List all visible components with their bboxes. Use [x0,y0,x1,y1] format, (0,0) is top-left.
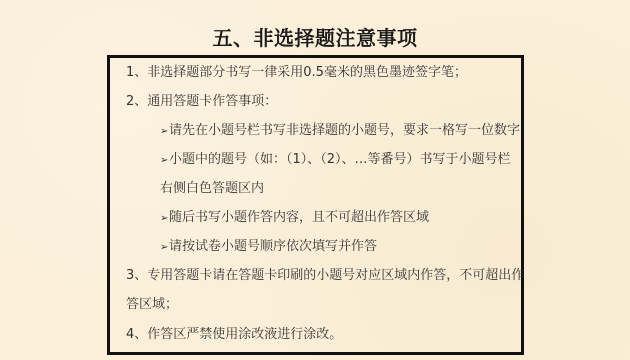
item-3: 3、专用答题卡请在答题卡印刷的小题号对应区域内作答，不可超出作 [126,267,524,285]
item-3-continued: 答区域； [126,296,178,314]
sub-item-2: ➢小题中的题号（如：（1）、（2）、…等番号）书写于小题号栏 [160,151,511,170]
sub-item-4: ➢请按试卷小题号顺序依次填写并作答 [160,238,377,257]
sub-item-text: 小题中的题号（如：（1）、（2）、…等番号）书写于小题号栏 [169,152,511,167]
arrow-bullet-icon: ➢ [160,123,169,141]
sub-item-text: 请按试卷小题号顺序依次填写并作答 [169,239,377,254]
sub-item-3: ➢随后书写小题作答内容，且不可超出作答区域 [160,209,429,228]
arrow-bullet-icon: ➢ [160,210,169,228]
item-4: 4、作答区严禁使用涂改液进行涂改。 [126,326,342,344]
item-1: 1、非选择题部分书写一律采用0.5毫米的黑色墨迹签字笔； [126,64,467,82]
item-2: 2、通用答题卡作答事项： [126,93,277,111]
sub-item-1: ➢请先在小题号栏书写非选择题的小题号，要求一格写一位数字 [160,122,520,141]
page-title: 五、非选择题注意事项 [0,24,630,52]
sub-item-2-continued: 右侧白色答题区内 [160,180,264,198]
arrow-bullet-icon: ➢ [160,152,169,170]
sub-item-text: 请先在小题号栏书写非选择题的小题号，要求一格写一位数字 [169,123,520,138]
arrow-bullet-icon: ➢ [160,239,169,257]
sub-item-text: 随后书写小题作答内容，且不可超出作答区域 [169,210,429,225]
notice-box: 1、非选择题部分书写一律采用0.5毫米的黑色墨迹签字笔； 2、通用答题卡作答事项… [107,55,524,355]
